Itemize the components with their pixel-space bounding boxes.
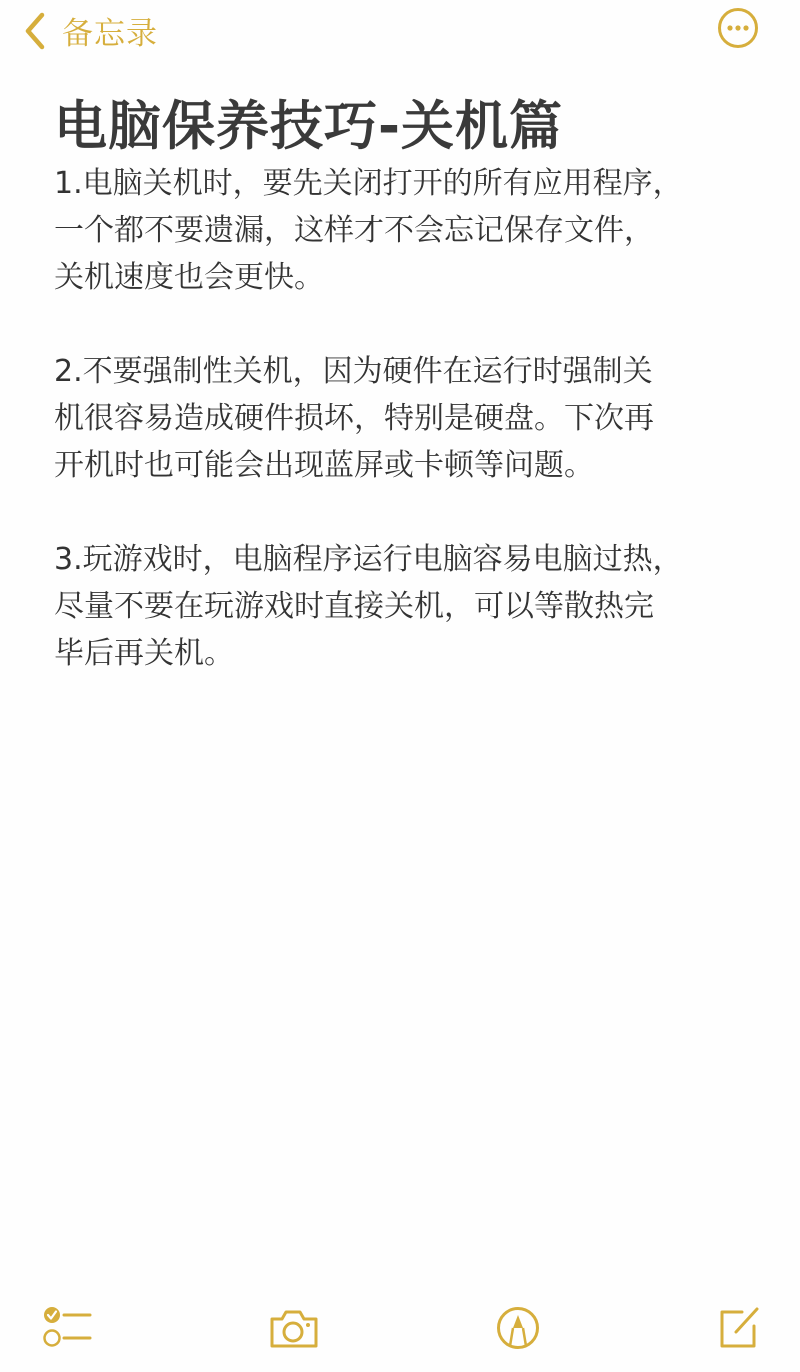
compose-icon bbox=[716, 1304, 762, 1350]
back-label: 备忘录 bbox=[62, 8, 158, 53]
checklist-button[interactable] bbox=[42, 1305, 94, 1349]
back-button[interactable]: 备忘录 bbox=[22, 8, 158, 53]
compose-button[interactable] bbox=[716, 1304, 762, 1350]
note-paragraph-2: 2.不要强制性关机，因为硬件在运行时强制关 机很容易造成硬件损坏，特别是硬盘。下… bbox=[54, 348, 754, 489]
note-title[interactable]: 电脑保养技巧-关机篇 bbox=[54, 84, 563, 160]
checklist-icon bbox=[42, 1305, 94, 1349]
bottom-toolbar bbox=[0, 1300, 800, 1360]
note-paragraph-3: 3.玩游戏时，电脑程序运行电脑容易电脑过热， 尽量不要在玩游戏时直接关机，可以等… bbox=[54, 536, 754, 677]
chevron-left-icon bbox=[22, 11, 48, 51]
markup-button[interactable] bbox=[496, 1306, 540, 1350]
more-button[interactable] bbox=[717, 7, 759, 49]
ellipsis-circle-icon bbox=[717, 7, 759, 49]
camera-button[interactable] bbox=[268, 1308, 320, 1350]
note-body[interactable]: 1.电脑关机时，要先关闭打开的所有应用程序， 一个都不要遗漏，这样才不会忘记保存… bbox=[54, 160, 754, 724]
markup-pen-icon bbox=[496, 1306, 540, 1350]
note-paragraph-1: 1.电脑关机时，要先关闭打开的所有应用程序， 一个都不要遗漏，这样才不会忘记保存… bbox=[54, 160, 754, 301]
camera-icon bbox=[268, 1308, 320, 1350]
navigation-bar: 备忘录 bbox=[0, 0, 800, 60]
